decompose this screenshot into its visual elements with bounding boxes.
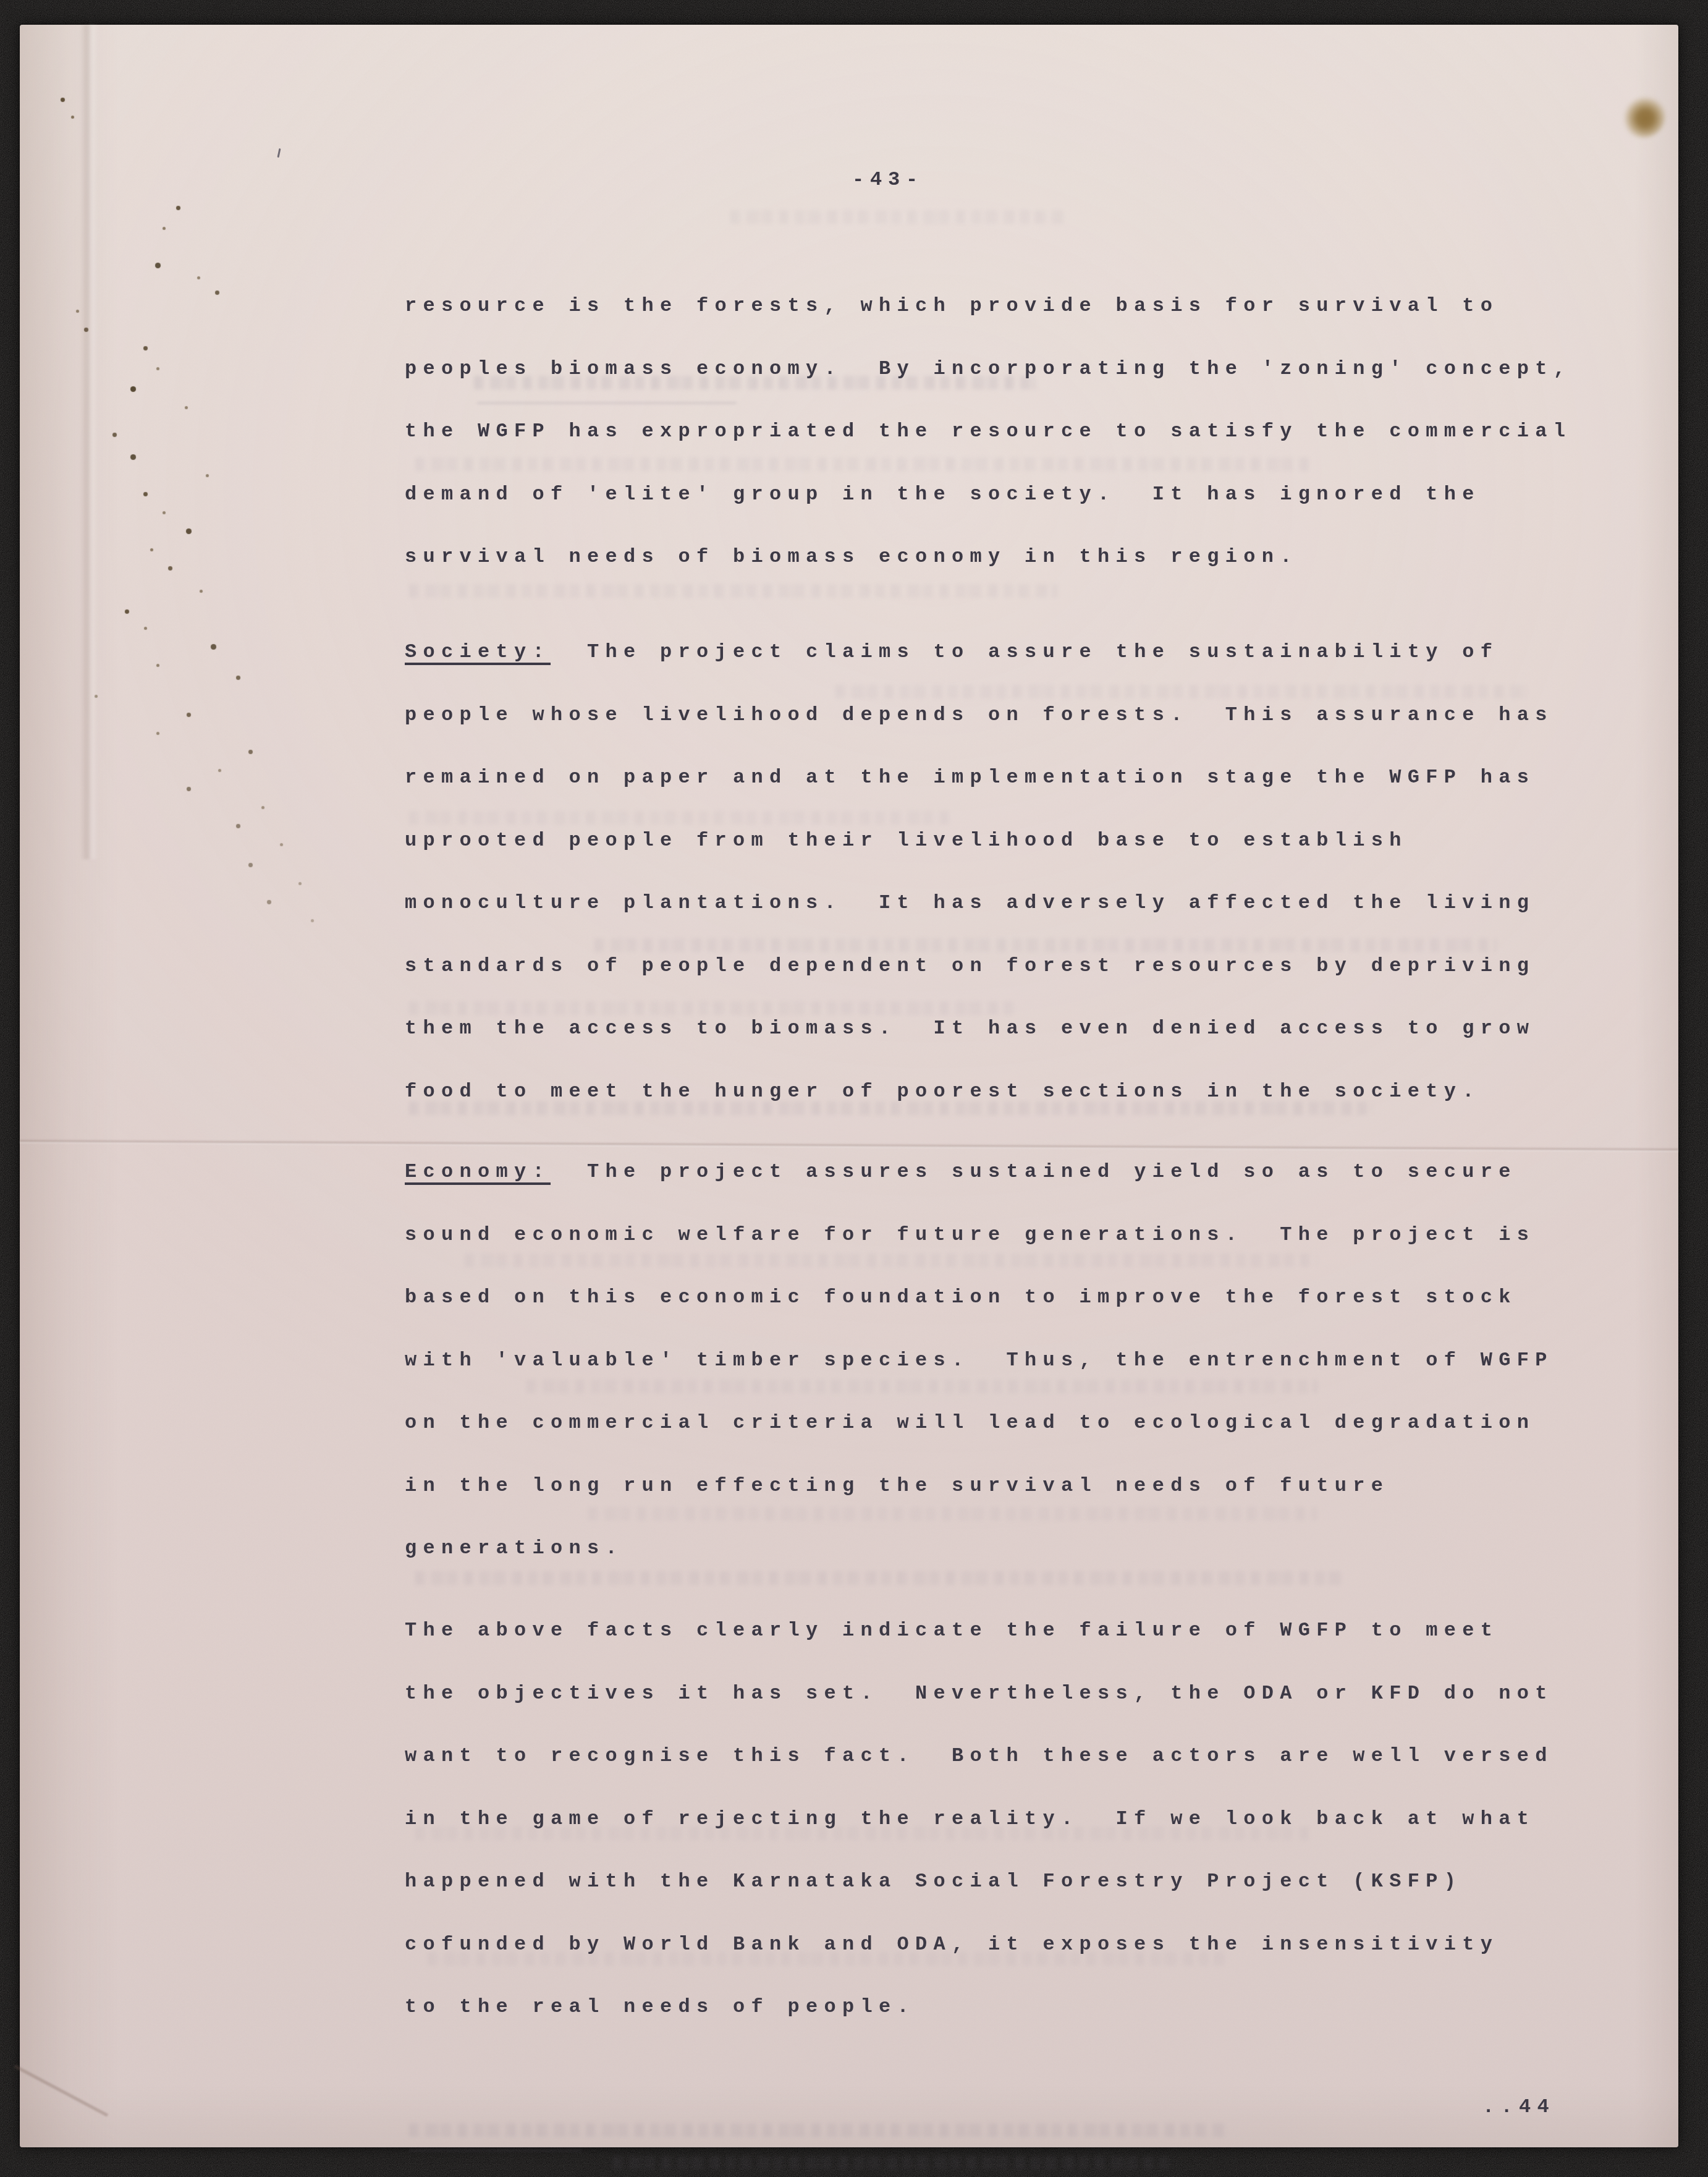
paragraph-economy: Economy: The project assures sustained y… <box>405 1140 1647 1580</box>
paragraph-society-text: The project claims to assure the sustain… <box>405 640 1554 1103</box>
bleed-through-smudge <box>613 2156 1169 2170</box>
paragraph-resource-text: resource is the forests, which provide b… <box>405 294 1571 568</box>
section-heading-society: Society: <box>405 640 551 663</box>
paragraph-conclusion: The above facts clearly indicate the fai… <box>405 1599 1647 2039</box>
page-continuation-number: ..44 <box>1482 2095 1555 2118</box>
paragraph-resource: resource is the forests, which provide b… <box>405 274 1647 588</box>
section-heading-economy: Economy: <box>405 1160 551 1183</box>
scanned-document-page: -43- resource is the forests, which prov… <box>20 25 1678 2147</box>
paragraph-society: Society: The project claims to assure th… <box>405 621 1647 1122</box>
page-number-top: -43- <box>852 168 924 191</box>
typewritten-text-layer: -43- resource is the forests, which prov… <box>20 25 1678 2147</box>
scanner-background: -43- resource is the forests, which prov… <box>0 0 1708 2177</box>
paragraph-conclusion-text: The above facts clearly indicate the fai… <box>405 1619 1554 2018</box>
bleed-through-underline <box>409 2149 582 2152</box>
paragraph-economy-text: The project assures sustained yield so a… <box>405 1160 1554 1560</box>
